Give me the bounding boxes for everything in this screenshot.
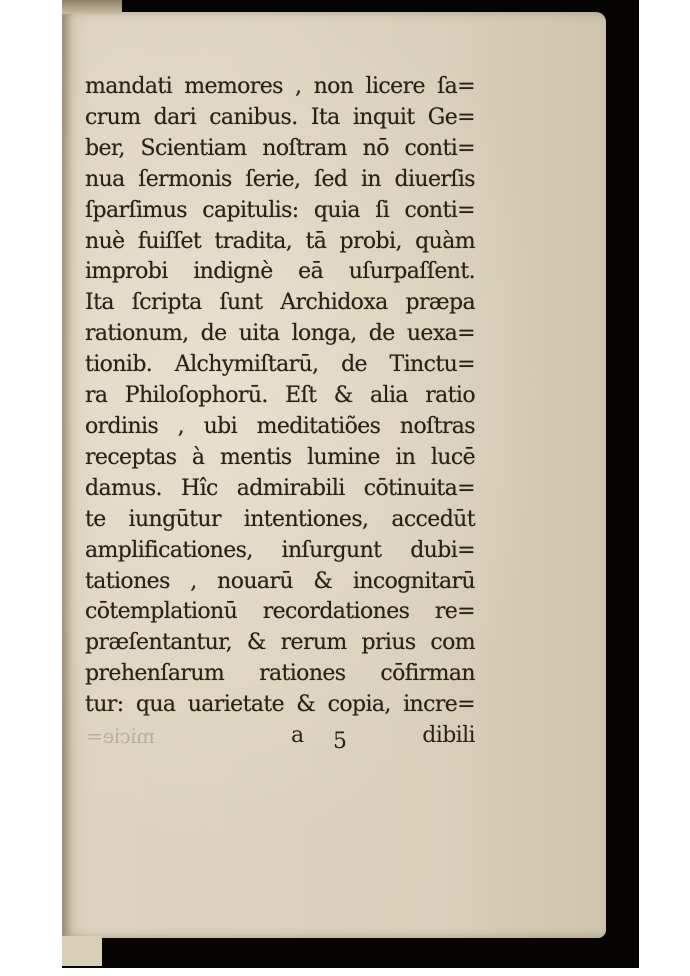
catchword: dibili	[422, 721, 475, 752]
page-bottom-edge	[62, 936, 102, 966]
text-line: tur: qua uarietate & copia, incre=	[85, 690, 475, 721]
text-line: crum dari canibus. Ita inquit Ge=	[85, 103, 475, 134]
text-line: ber, Scientiam noſtram nō conti=	[85, 134, 475, 165]
text-line: rationum, de uita longa, de uexa=	[85, 319, 475, 350]
text-line: tationes , nouarū & incognitarū	[85, 567, 475, 598]
signature-mark: a	[291, 721, 304, 752]
text-line: Ita ſcripta ſunt Archidoxa præpa	[85, 288, 475, 319]
text-line: prehenſarum rationes cōfirman	[85, 659, 475, 690]
text-line: ra Philoſophorū. Eſt & alia ratio	[85, 381, 475, 412]
text-line: ſparſimus capitulis: quia ſi conti=	[85, 196, 475, 227]
text-line: improbi indignè eā uſurpaſſent.	[85, 257, 475, 288]
body-text: mandati memores , non licere ſa= crum da…	[85, 72, 475, 753]
text-line: amplificationes, inſurgunt dubi=	[85, 536, 475, 567]
bleed-through-text: micie=	[87, 721, 155, 752]
page-footer: micie= a 5 dibili	[85, 721, 475, 753]
book-page: mandati memores , non licere ſa= crum da…	[62, 12, 606, 938]
signature-number: 5	[333, 727, 346, 758]
text-line: nuè fuiſſet tradita, tā probi, quàm	[85, 227, 475, 258]
page-binding-shadow	[62, 0, 122, 14]
text-line: tionib. Alchymiſtarū, de Tinctu=	[85, 350, 475, 381]
text-line: te iungūtur intentiones, accedūt	[85, 505, 475, 536]
text-line: præſentantur, & rerum prius com	[85, 628, 475, 659]
text-line: damus. Hîc admirabili cōtinuita=	[85, 474, 475, 505]
text-line: ordinis , ubi meditatiões noſtras	[85, 412, 475, 443]
text-line: cōtemplationū recordationes re=	[85, 597, 475, 628]
text-line: receptas à mentis lumine in lucē	[85, 443, 475, 474]
text-line: mandati memores , non licere ſa=	[85, 72, 475, 103]
text-line: nua ſermonis ſerie, ſed in diuerſis	[85, 165, 475, 196]
